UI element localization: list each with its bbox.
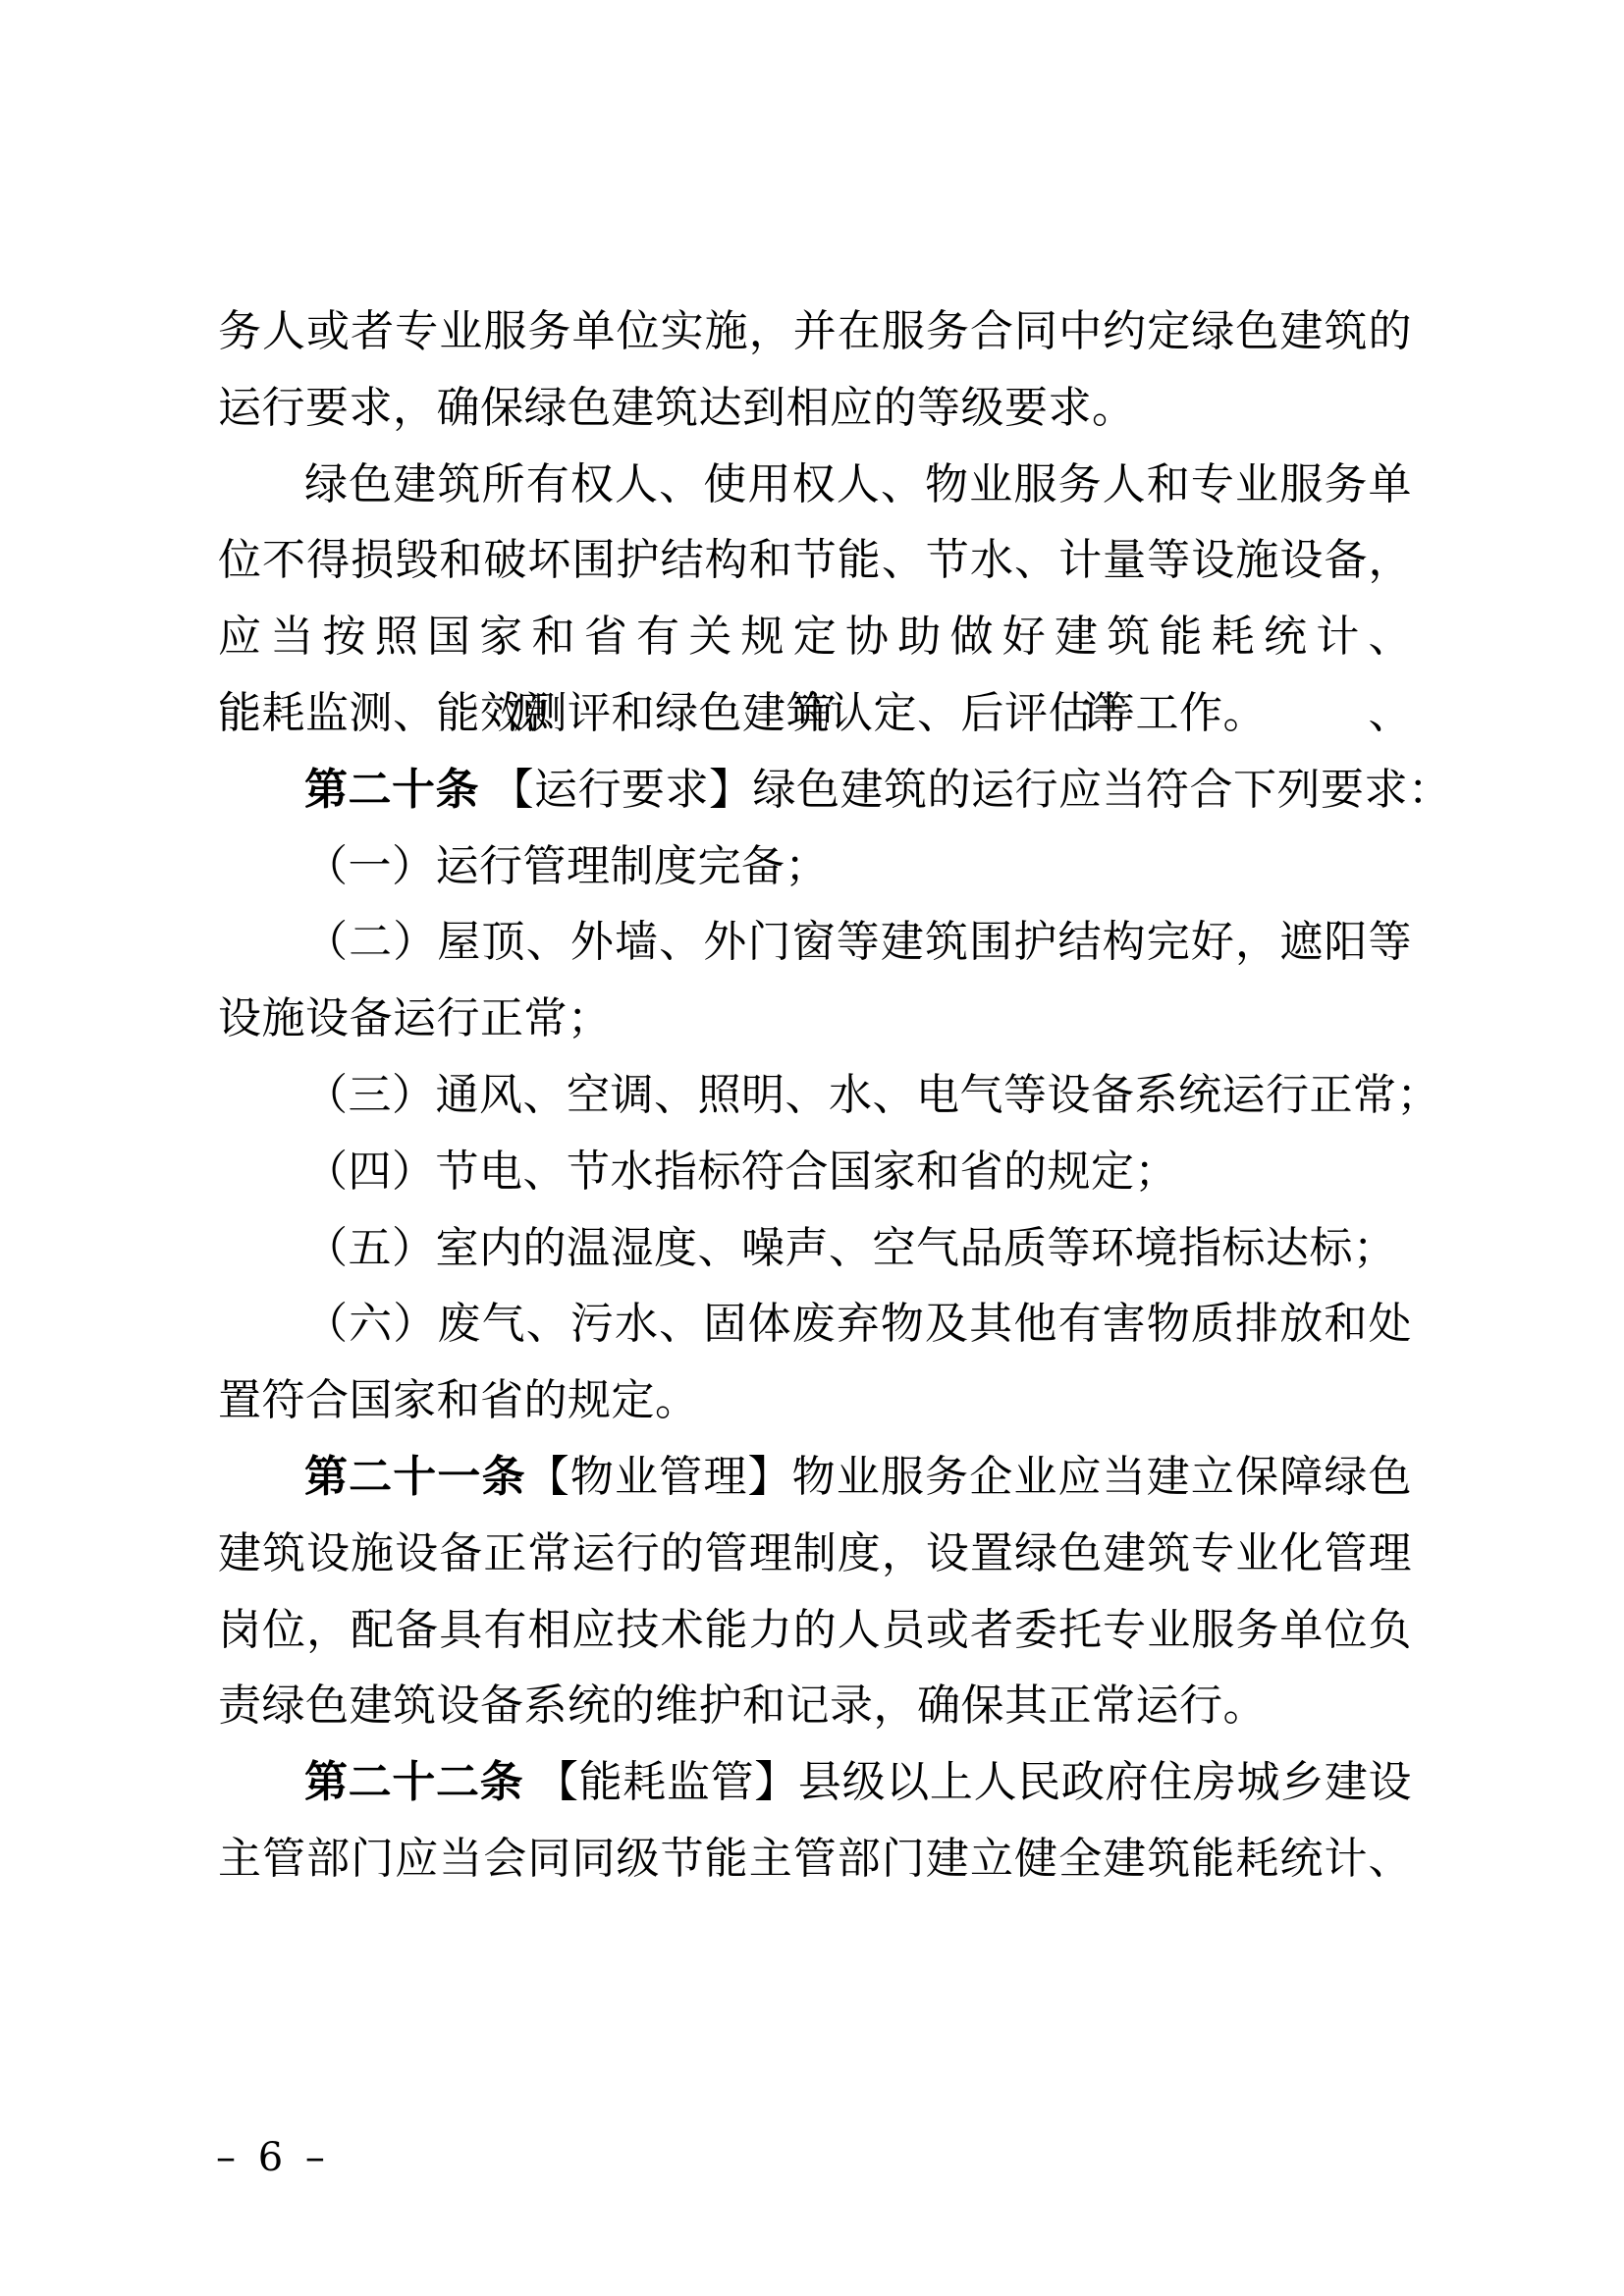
text-line: 第二十二条 【能耗监管】县级以上人民政府住房城乡建设 (218, 1744, 1412, 1821)
text-segment: 能耗监测、能效测评和绿色建筑认定、后评估等工作。 (218, 689, 1267, 737)
text-segment: （三）通风、空调、照明、水、电气等设备系统运行正常； (304, 1071, 1440, 1119)
text-line: 设施设备运行正常； (218, 981, 1412, 1057)
text-line: 主管部门应当会同同级节能主管部门建立健全建筑能耗统计、 (218, 1821, 1412, 1897)
text-line: 第二十一条【物业管理】物业服务企业应当建立保障绿色 (218, 1439, 1412, 1516)
text-segment: 岗位，配备具有相应技术能力的人员或者委托专业服务单位负 (218, 1606, 1412, 1654)
text-line: 责绿色建筑设备系统的维护和记录，确保其正常运行。 (218, 1668, 1412, 1744)
text-line: 岗位，配备具有相应技术能力的人员或者委托专业服务单位负 (218, 1592, 1412, 1669)
text-segment: 【能耗监管】县级以上人民政府住房城乡建设 (523, 1758, 1412, 1806)
text-segment: 设施设备运行正常； (218, 994, 612, 1042)
text-segment: 【物业管理】物业服务企业应当建立保障绿色 (526, 1453, 1412, 1501)
text-segment: 位不得损毁和破坏围护结构和节能、节水、计量等设施设备， (218, 536, 1412, 584)
text-line: （二）屋顶、外墙、外门窗等建筑围护结构完好，遮阳等 (218, 904, 1412, 981)
text-line: 位不得损毁和破坏围护结构和节能、节水、计量等设施设备， (218, 522, 1412, 599)
text-line: 置符合国家和省的规定。 (218, 1362, 1412, 1439)
article-number: 第二十一条 (304, 1453, 526, 1501)
text-line: 能耗监测、能效测评和绿色建筑认定、后评估等工作。 (218, 675, 1412, 752)
text-line: 运行要求，确保绿色建筑达到相应的等级要求。 (218, 370, 1412, 447)
article-number: 第二十二条 (304, 1758, 523, 1806)
article-number: 第二十条 (304, 766, 479, 814)
text-segment: 置符合国家和省的规定。 (218, 1376, 699, 1424)
text-line: （四）节电、节水指标符合国家和省的规定； (218, 1134, 1412, 1210)
text-segment: 务人或者专业服务单位实施，并在服务合同中约定绿色建筑的 (218, 307, 1412, 355)
text-line: （三）通风、空调、照明、水、电气等设备系统运行正常； (218, 1057, 1412, 1134)
text-segment: （六）废气、污水、固体废弃物及其他有害物质排放和处 (304, 1300, 1412, 1348)
text-line: （六）废气、污水、固体废弃物及其他有害物质排放和处 (218, 1286, 1412, 1362)
text-segment: 运行要求，确保绿色建筑达到相应的等级要求。 (218, 384, 1136, 432)
document-page: 务人或者专业服务单位实施，并在服务合同中约定绿色建筑的运行要求，确保绿色建筑达到… (0, 0, 1624, 2296)
text-line: 建筑设施设备正常运行的管理制度，设置绿色建筑专业化管理 (218, 1516, 1412, 1592)
page-number: – 6 – (216, 2136, 330, 2179)
text-segment: 【运行要求】绿色建筑的运行应当符合下列要求： (479, 766, 1452, 814)
text-line: 绿色建筑所有权人、使用权人、物业服务人和专业服务单 (218, 447, 1412, 523)
text-lines: 务人或者专业服务单位实施，并在服务合同中约定绿色建筑的运行要求，确保绿色建筑达到… (218, 294, 1412, 1897)
text-line: （五）室内的温湿度、噪声、空气品质等环境指标达标； (218, 1210, 1412, 1287)
text-segment: 建筑设施设备正常运行的管理制度，设置绿色建筑专业化管理 (218, 1529, 1412, 1577)
text-segment: 绿色建筑所有权人、使用权人、物业服务人和专业服务单 (304, 460, 1412, 508)
text-line: 务人或者专业服务单位实施，并在服务合同中约定绿色建筑的 (218, 294, 1412, 370)
text-line: 第二十条 【运行要求】绿色建筑的运行应当符合下列要求： (218, 752, 1412, 828)
text-segment: 责绿色建筑设备系统的维护和记录，确保其正常运行。 (218, 1682, 1267, 1730)
text-line: （一）运行管理制度完备； (218, 828, 1412, 905)
text-line: 应当按照国家和省有关规定协助做好建筑能耗统计、能源审计、 (218, 599, 1412, 675)
text-segment: （四）节电、节水指标符合国家和省的规定； (304, 1148, 1178, 1196)
text-segment: （五）室内的温湿度、噪声、空气品质等环境指标达标； (304, 1224, 1397, 1272)
text-segment: （二）屋顶、外墙、外门窗等建筑围护结构完好，遮阳等 (304, 918, 1412, 966)
text-segment: （一）运行管理制度完备； (304, 842, 829, 890)
text-segment: 主管部门应当会同同级节能主管部门建立健全建筑能耗统计、 (218, 1835, 1412, 1883)
